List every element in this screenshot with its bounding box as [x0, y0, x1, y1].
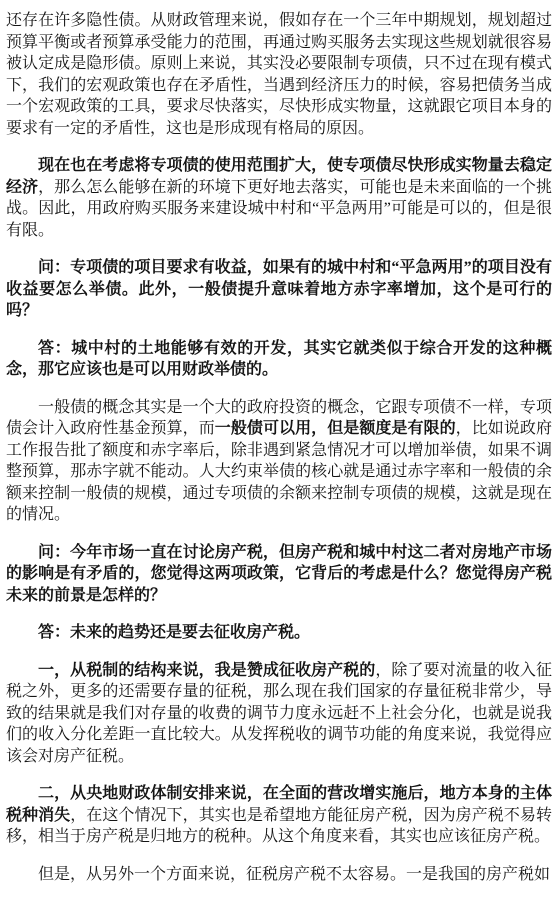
- answer-1-detail: 一般债的概念其实是一个大的政府投资的概念，它跟专项债不一样，专项债会计入政府性基…: [6, 397, 552, 526]
- bold-text-run: 问：专项债的项目要求有收益，如果有的城中村和“平急两用”的项目没有收益要怎么举债…: [6, 259, 552, 319]
- text-run: 但是，从另外一个方面来说，征税房产税不太容易。一是我国的房产税如: [38, 866, 550, 883]
- answer-2-caveat-cutoff: 但是，从另外一个方面来说，征税房产税不太容易。一是我国的房产税如: [6, 864, 552, 886]
- text-run: ，那么怎么能够在新的环境下更好地去落实，可能也是未来面临的一个挑战。因此，用政府…: [6, 179, 552, 239]
- answer-2-point-1: 一，从税制的结构来说，我是赞成征收房产税的，除了要对流量的收入征税之外，更多的还…: [6, 660, 552, 768]
- text-run: ，在这个情况下，其实也是希望地方能征房产税，因为房产税不易转移，相当于房产税是归…: [6, 807, 552, 846]
- document-page: 还存在许多隐性债。从财政管理来说，假如存在一个三年中期规划，规划超过预算平衡或者…: [0, 0, 557, 903]
- question-1: 问：专项债的项目要求有收益，如果有的城中村和“平急两用”的项目没有收益要怎么举债…: [6, 257, 552, 322]
- answer-2: 答：未来的趋势还是要去征收房产税。: [6, 622, 552, 644]
- text-run: 还存在许多隐性债。从财政管理来说，假如存在一个三年中期规划，规划超过预算平衡或者…: [6, 12, 552, 137]
- question-2: 问：今年市场一直在讨论房产税，但房产税和城中村这二者对房地产市场的影响是有矛盾的…: [6, 542, 552, 607]
- bold-text-run: 答：未来的趋势还是要去征收房产税。: [38, 624, 310, 641]
- bold-text-run: 一，从税制的结构来说，我是赞成征收房产税的: [38, 662, 375, 679]
- continuation-paragraph: 还存在许多隐性债。从财政管理来说，假如存在一个三年中期规划，规划超过预算平衡或者…: [6, 10, 552, 139]
- bold-text-run: 问：今年市场一直在讨论房产税，但房产税和城中村这二者对房地产市场的影响是有矛盾的…: [6, 544, 552, 604]
- bold-text-run: 一般债可以用，但是额度是有限的: [215, 420, 456, 437]
- highlight-paragraph: 现在也在考虑将专项债的使用范围扩大，使专项债尽快形成实物量去稳定经济，那么怎么能…: [6, 155, 552, 241]
- answer-2-point-2: 二，从央地财政体制安排来说，在全面的营改增实施后，地方本身的主体税种消失，在这个…: [6, 783, 552, 848]
- bold-text-run: 答：城中村的土地能够有效的开发，其实它就类似于综合开发的这种概念，那它应该也是可…: [6, 340, 552, 379]
- answer-1: 答：城中村的土地能够有效的开发，其实它就类似于综合开发的这种概念，那它应该也是可…: [6, 338, 552, 381]
- document-body: 还存在许多隐性债。从财政管理来说，假如存在一个三年中期规划，规划超过预算平衡或者…: [6, 10, 552, 885]
